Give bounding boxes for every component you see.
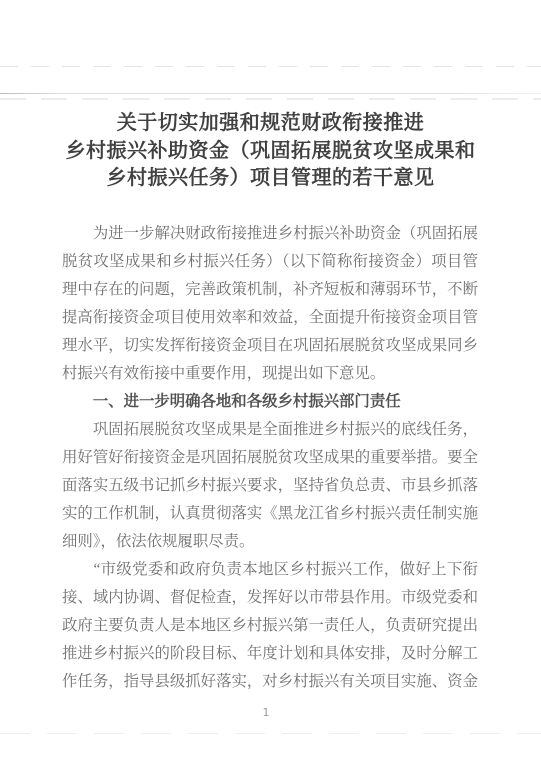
body-line: 用好管好衔接资金是巩固拓展脱贫攻坚成果的重要举措。要全 [62,444,478,472]
document-page: 关于切实加强和规范财政衔接推进 乡村振兴补助资金（巩固拓展脱贫攻坚成果和 乡村振… [0,0,541,763]
title-line-1: 关于切实加强和规范财政衔接推进 [0,110,541,138]
scan-artifact-line-upper-2 [0,98,541,100]
document-title: 关于切实加强和规范财政衔接推进 乡村振兴补助资金（巩固拓展脱贫攻坚成果和 乡村振… [0,110,541,193]
body-line: 作任务，指导县级抓好落实，对乡村振兴有关项目实施、资金 [62,668,478,696]
body-line: 面落实五级书记抓乡村振兴要求，坚持省负总责、市县乡抓落 [62,472,478,500]
title-line-2: 乡村振兴补助资金（巩固拓展脱贫攻坚成果和 [0,138,541,166]
body-line: 提高衔接资金项目使用效率和效益，全面提升衔接资金项目管 [62,304,478,332]
title-line-3: 乡村振兴任务）项目管理的若干意见 [0,165,541,193]
body-line: 接、域内协调、督促检查，发挥好以市带县作用。市级党委和 [62,584,478,612]
body-line: 为进一步解决财政衔接推进乡村振兴补助资金（巩固拓展 [62,220,478,248]
scan-artifact-line-bottom [0,733,541,734]
body-line: 村振兴有效衔接中重要作用，现提出如下意见。 [62,360,478,388]
body-line: 巩固拓展脱贫攻坚成果是全面推进乡村振兴的底线任务， [62,416,478,444]
body-line: 实的工作机制，认真贯彻落实《黑龙江省乡村振兴责任制实施 [62,500,478,528]
scan-artifact-line-top [0,66,541,67]
body-line: 理水平，切实发挥衔接资金项目在巩固拓展脱贫攻坚成果同乡 [62,332,478,360]
body-line: 推进乡村振兴的阶段目标、年度计划和具体安排，及时分解工 [62,640,478,668]
body-line: 脱贫攻坚成果和乡村振兴任务）（以下简称衔接资金）项目管 [62,248,478,276]
body-line: “市级党委和政府负责本地区乡村振兴工作，做好上下衔 [62,556,478,584]
body-line: 政府主要负责人是本地区乡村振兴第一责任人，负责研究提出 [62,612,478,640]
scan-artifact-line-upper [0,93,541,94]
section-heading: 一、进一步明确各地和各级乡村振兴部门责任 [62,388,478,416]
body-line: 细则》，依法依规履职尽责。 [62,528,478,556]
page-number: 1 [0,706,532,719]
body-line: 理中存在的问题，完善政策机制，补齐短板和薄弱环节，不断 [62,276,478,304]
document-body: 为进一步解决财政衔接推进乡村振兴补助资金（巩固拓展 脱贫攻坚成果和乡村振兴任务）… [62,220,478,696]
